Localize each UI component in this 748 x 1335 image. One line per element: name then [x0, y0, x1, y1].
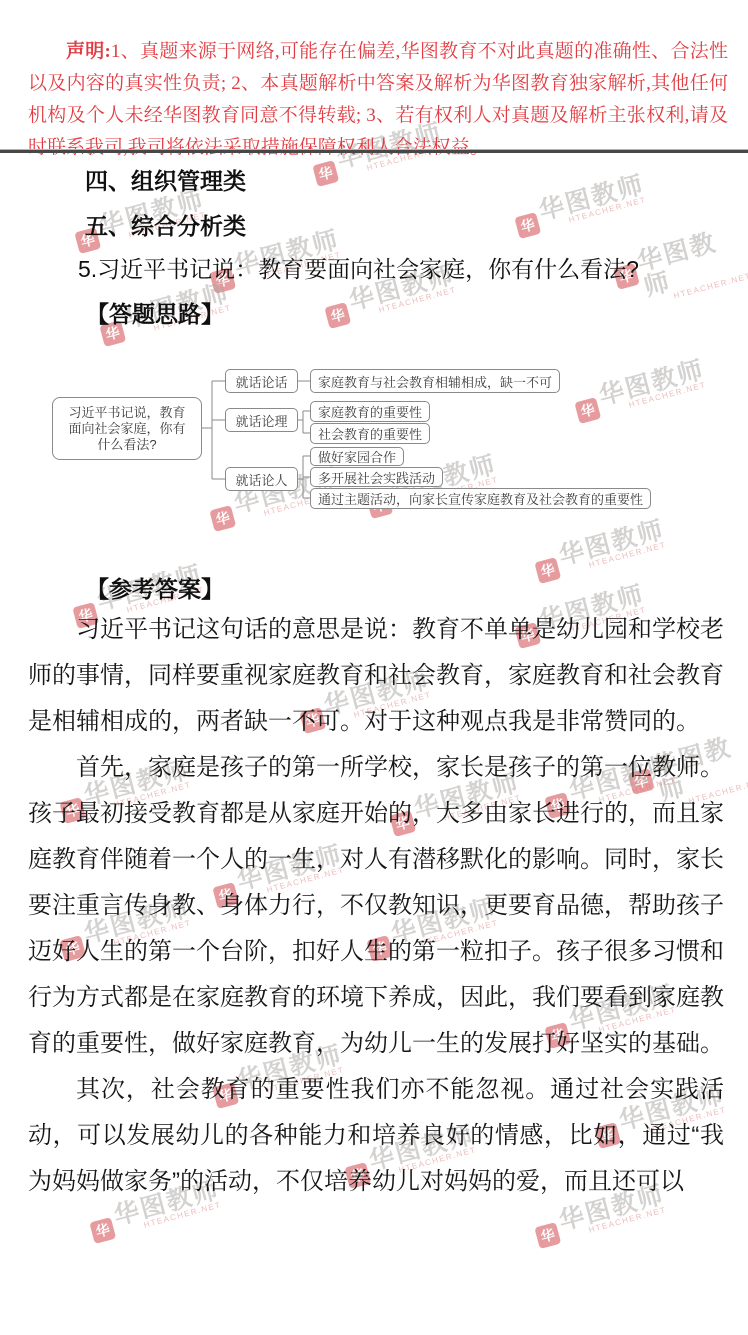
mindmap-root-node: 习近平书记说，教育面向社会家庭，你有什么看法? — [52, 397, 202, 460]
answer-paragraph: 习近平书记这句话的意思是说：教育不单单是幼儿园和学校老师的事情，同样要重视家庭教… — [28, 607, 724, 745]
mindmap-branch-reason: 就话论理 — [225, 408, 298, 432]
mindmap-leaf: 社会教育的重要性 — [310, 423, 430, 444]
mindmap-leaf: 家庭教育的重要性 — [310, 401, 430, 422]
mindmap-leaf: 多开展社会实践活动 — [310, 467, 443, 487]
mindmap-branch-topic: 就话论话 — [225, 369, 298, 393]
thinking-label: 【答题思路】 — [86, 296, 224, 329]
answer-mindmap: 习近平书记说，教育面向社会家庭，你有什么看法? 就话论话 就话论理 就话论人 家… — [0, 355, 748, 530]
reference-answer-label: 【参考答案】 — [86, 571, 224, 604]
mindmap-branch-people: 就话论人 — [225, 467, 298, 491]
document-page: 华 华图教师 HTEACHER.NET 华 华图教师 HTEACHER.NET … — [0, 0, 748, 1335]
heading-organization-management: 四、组织管理类 — [85, 163, 246, 196]
answer-paragraph: 首先，家庭是孩子的第一所学校，家长是孩子的第一位教师。孩子最初接受教育都是从家庭… — [28, 745, 724, 1067]
disclaimer-label: 声明: — [66, 41, 111, 62]
question-text: 5.习近平书记说：教育要面向社会家庭，你有什么看法? — [78, 251, 639, 284]
mindmap-leaf: 做好家园合作 — [310, 447, 404, 466]
answer-paragraph: 其次，社会教育的重要性我们亦不能忽视。通过社会实践活动，可以发展幼儿的各种能力和… — [28, 1067, 724, 1205]
disclaimer-body: 1、真题来源于网络,可能存在偏差,华图教育不对此真题的准确性、合法性以及内容的真… — [28, 41, 728, 158]
mindmap-leaf: 通过主题活动，向家长宣传家庭教育及社会教育的重要性 — [310, 488, 651, 509]
disclaimer-text: 声明:1、真题来源于网络,可能存在偏差,华图教育不对此真题的准确性、合法性以及内… — [28, 36, 728, 164]
mindmap-leaf: 家庭教育与社会教育相辅相成，缺一不可 — [310, 369, 560, 393]
heading-comprehensive-analysis: 五、综合分析类 — [85, 208, 246, 241]
section-divider — [0, 149, 748, 153]
page-content: 声明:1、真题来源于网络,可能存在偏差,华图教育不对此真题的准确性、合法性以及内… — [0, 0, 748, 1335]
reference-answer-body: 习近平书记这句话的意思是说：教育不单单是幼儿园和学校老师的事情，同样要重视家庭教… — [28, 607, 724, 1205]
